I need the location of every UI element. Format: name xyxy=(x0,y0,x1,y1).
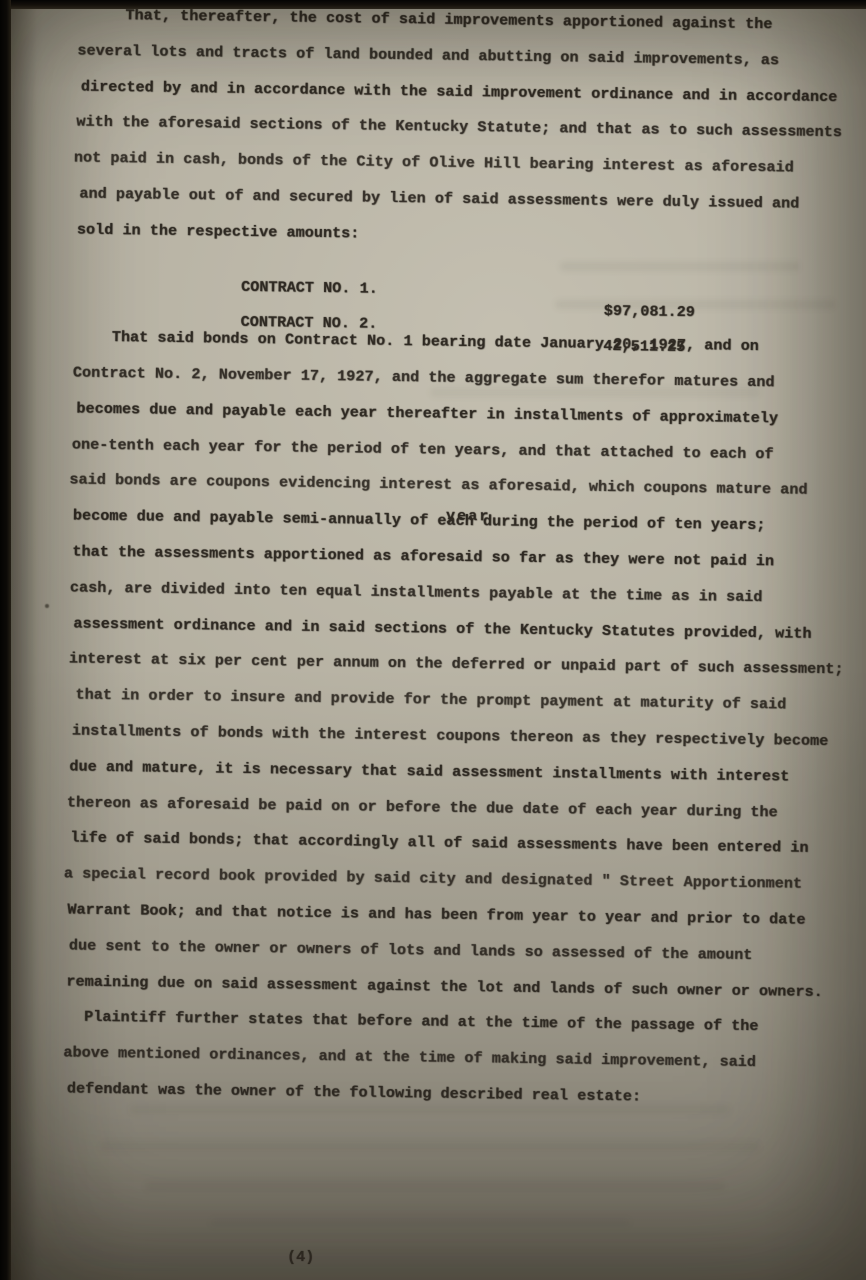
contract-amount: 42,511.25 xyxy=(603,337,685,357)
interlinear-insertion-word: year xyxy=(446,507,491,527)
contract-amounts-list: CONTRACT NO. 1. $97,081.29 CONTRACT NO. … xyxy=(76,256,850,338)
page-edge-shadow xyxy=(11,0,37,1280)
paragraph-3: Plaintiff further states that before and… xyxy=(65,1008,839,1126)
photo-dark-edge-top xyxy=(0,0,866,9)
contract-label: CONTRACT NO. 2. xyxy=(240,313,377,334)
photo-dark-edge-left xyxy=(0,0,11,1280)
scanned-document-photo: That, thereafter, the cost of said impro… xyxy=(0,0,866,1280)
page-number: (4) xyxy=(287,1248,314,1267)
stray-ink-dot xyxy=(45,604,49,608)
document-body: That, thereafter, the cost of said impro… xyxy=(65,6,853,1126)
bleedthrough-artifact xyxy=(210,1218,630,1227)
paragraph-2-part-b: that the assessments apportioned as afor… xyxy=(66,542,845,1018)
bleedthrough-artifact xyxy=(100,1142,760,1151)
paragraph-2-part-a: That said bonds on Contract No. 1 bearin… xyxy=(73,328,848,518)
paragraph-1: That, thereafter, the cost of said impro… xyxy=(77,6,853,267)
bleedthrough-artifact xyxy=(145,1182,725,1191)
